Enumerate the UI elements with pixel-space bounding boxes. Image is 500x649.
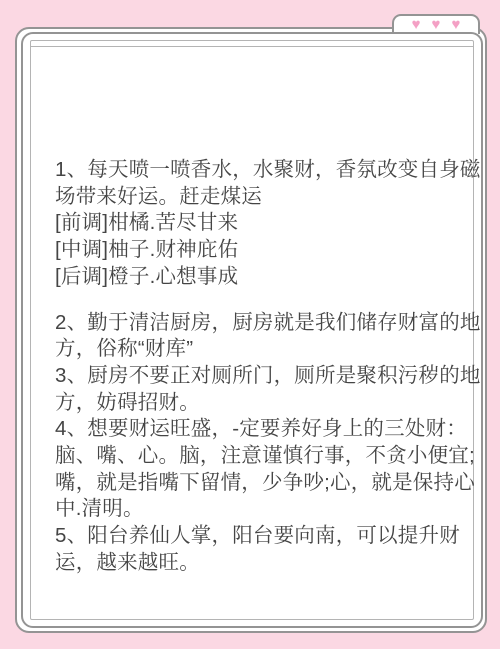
text-line: [后调]橙子.心想事成	[55, 264, 459, 291]
text-line: 运，越来越旺。	[55, 550, 459, 577]
text-line: [中调]柚子.财神庇佑	[55, 237, 459, 264]
hearts-row: ♥♥♥	[412, 17, 461, 32]
card-tab: ♥♥♥	[392, 14, 480, 34]
text-line: 嘴，就是指嘴下留情，少争吵;心，就是保持心	[55, 470, 459, 497]
text-line: 中.清明。	[55, 496, 459, 523]
tip-section-1: 1、每天喷一喷香水，水聚财，香氛改变自身磁场带来好运。赶走煤运[前调]柑橘.苦尽…	[55, 157, 459, 291]
text-line: 5、阳台养仙人掌，阳台要向南，可以提升财	[55, 523, 459, 550]
text-line: 2、勤于清洁厨房，厨房就是我们储存财富的地	[55, 310, 459, 337]
heart-icon: ♥	[432, 17, 441, 32]
tip-section-2: 2、勤于清洁厨房，厨房就是我们储存财富的地方，俗称“财库”3、厨房不要正对厕所门…	[55, 310, 459, 577]
text-line: 3、厨房不要正对厕所门，厕所是聚积污秽的地	[55, 363, 459, 390]
text-line: 4、想要财运旺盛，-定要养好身上的三处财：	[55, 416, 459, 443]
heart-icon: ♥	[451, 17, 460, 32]
text-line: 1、每天喷一喷香水，水聚财，香氛改变自身磁	[55, 157, 459, 184]
page-background: ♥♥♥ 1、每天喷一喷香水，水聚财，香氛改变自身磁场带来好运。赶走煤运[前调]柑…	[0, 0, 500, 649]
text-line: 方，俗称“财库”	[55, 336, 459, 363]
text-line: 场带来好运。赶走煤运	[55, 184, 459, 211]
text-line: 脑、嘴、心。脑，注意谨慎行事，不贪小便宜;	[55, 443, 459, 470]
inner-frame-top-strip	[30, 40, 474, 47]
tips-text: 1、每天喷一喷香水，水聚财，香氛改变自身磁场带来好运。赶走煤运[前调]柑橘.苦尽…	[55, 157, 459, 577]
text-line: [前调]柑橘.苦尽甘来	[55, 210, 459, 237]
note-card: 1、每天喷一喷香水，水聚财，香氛改变自身磁场带来好运。赶走煤运[前调]柑橘.苦尽…	[21, 32, 483, 628]
text-line: 方，妨碍招财。	[55, 390, 459, 417]
heart-icon: ♥	[412, 17, 421, 32]
